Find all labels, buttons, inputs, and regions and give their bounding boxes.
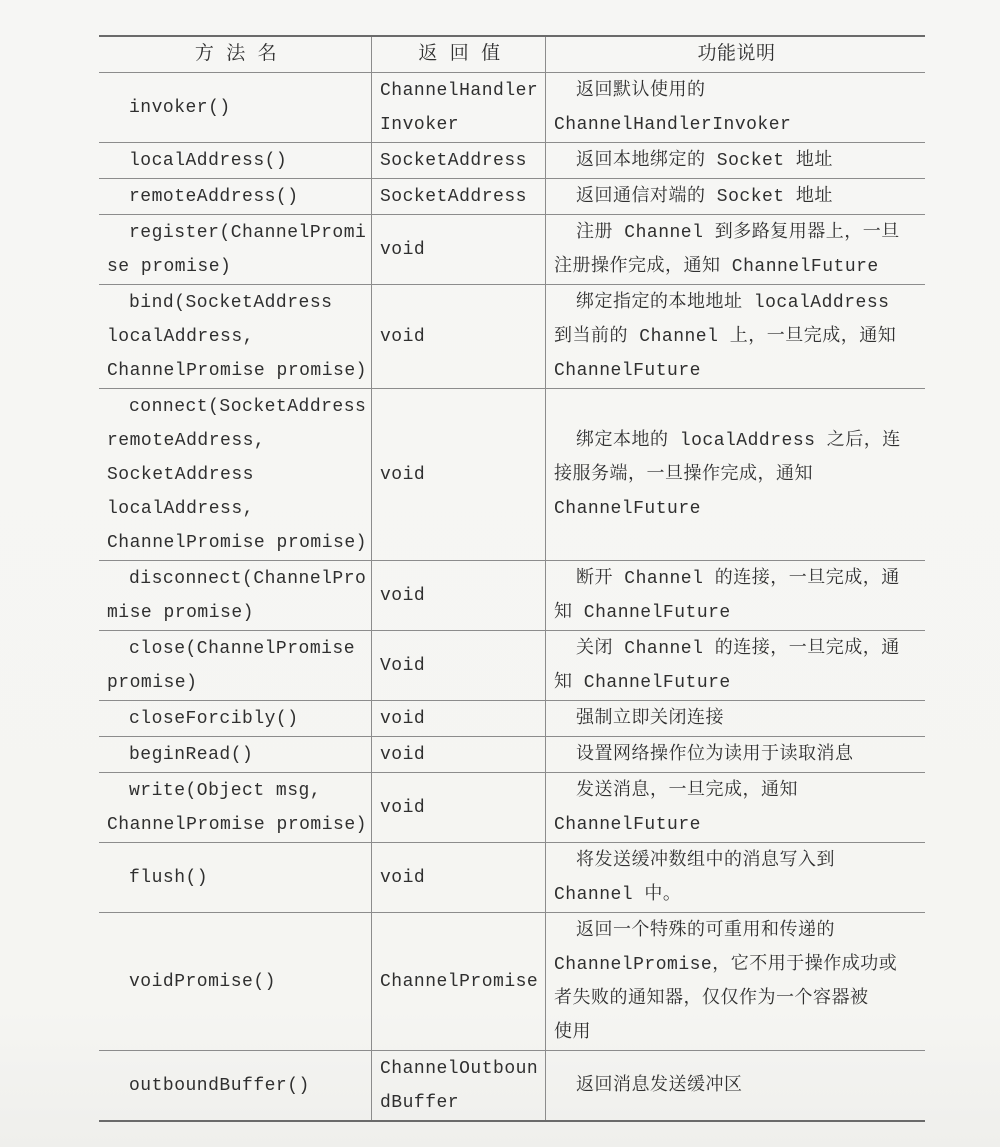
cell-line: 接服务端，一旦操作完成，通知 [554,458,919,492]
cell-line: ChannelPromise promise) [107,354,365,388]
table-row: flush()void将发送缓冲数组中的消息写入到Channel 中。 [99,843,925,913]
cell-line: ChannelOutboun [380,1052,539,1086]
cell-line: 关闭 Channel 的连接，一旦完成，通 [554,632,919,666]
description-cell: 断开 Channel 的连接，一旦完成，通知 ChannelFuture [546,561,925,630]
method-cell: flush() [99,843,372,912]
column-header-return: 返 回 值 [372,37,546,72]
cell-line: bind(SocketAddress [107,286,365,320]
return-cell: void [372,737,546,772]
cell-line: 者失败的通知器，仅仅作为一个容器被 [554,982,919,1016]
cell-line: localAddress, [107,492,365,526]
cell-line: dBuffer [380,1086,539,1120]
cell-line: 注册 Channel 到多路复用器上，一旦 [554,216,919,250]
table-row: bind(SocketAddresslocalAddress,ChannelPr… [99,285,925,389]
cell-line: Void [380,649,539,683]
table-row: beginRead()void设置网络操作位为读用于读取消息 [99,737,925,773]
cell-line: invoker() [107,91,365,125]
description-cell: 返回一个特殊的可重用和传递的ChannelPromise，它不用于操作成功或者失… [546,913,925,1050]
cell-line: mise promise) [107,596,365,630]
table-header-row: 方 法 名 返 回 值 功能说明 [99,37,925,73]
cell-line: 绑定本地的 localAddress 之后，连 [554,424,919,458]
description-cell: 注册 Channel 到多路复用器上，一旦注册操作完成，通知 ChannelFu… [546,215,925,284]
description-cell: 返回通信对端的 Socket 地址 [546,179,925,214]
table-row: remoteAddress()SocketAddress返回通信对端的 Sock… [99,179,925,215]
cell-line: void [380,233,539,267]
cell-line: SocketAddress [380,144,539,178]
cell-line: 知 ChannelFuture [554,666,919,700]
table-row: closeForcibly()void强制立即关闭连接 [99,701,925,737]
cell-line: 断开 Channel 的连接，一旦完成，通 [554,562,919,596]
description-cell: 返回本地绑定的 Socket 地址 [546,143,925,178]
cell-line: ChannelHandlerInvoker [554,108,919,142]
method-cell: closeForcibly() [99,701,372,736]
cell-line: ChannelPromise，它不用于操作成功或 [554,948,919,982]
cell-line: ChannelFuture [554,354,919,388]
method-cell: remoteAddress() [99,179,372,214]
cell-line: ChannelPromise promise) [107,526,365,560]
return-cell: ChannelHandlerInvoker [372,73,546,142]
cell-line: localAddress() [107,144,365,178]
table-row: outboundBuffer()ChannelOutboundBuffer返回消… [99,1051,925,1120]
cell-line: closeForcibly() [107,702,365,736]
table-row: disconnect(ChannelPromise promise)void断开… [99,561,925,631]
column-header-label: 功能说明 [697,37,775,72]
cell-line: void [380,702,539,736]
cell-line: connect(SocketAddress [107,390,365,424]
return-cell: void [372,389,546,560]
cell-line: 将发送缓冲数组中的消息写入到 [554,844,919,878]
return-cell: void [372,561,546,630]
cell-line: SocketAddress [380,180,539,214]
column-header-label: 方 法 名 [195,37,277,72]
description-cell: 将发送缓冲数组中的消息写入到Channel 中。 [546,843,925,912]
cell-line: 发送消息，一旦完成，通知 [554,774,919,808]
return-cell: ChannelOutboundBuffer [372,1051,546,1120]
return-cell: SocketAddress [372,143,546,178]
return-cell: void [372,843,546,912]
table-row: invoker()ChannelHandlerInvoker返回默认使用的Cha… [99,73,925,143]
cell-line: 绑定指定的本地地址 localAddress [554,286,919,320]
cell-line: void [380,738,539,772]
cell-line: remoteAddress() [107,180,365,214]
cell-line: promise) [107,666,365,700]
description-cell: 绑定本地的 localAddress 之后，连接服务端，一旦操作完成，通知Cha… [546,389,925,560]
method-cell: connect(SocketAddressremoteAddress,Socke… [99,389,372,560]
description-cell: 绑定指定的本地地址 localAddress到当前的 Channel 上，一旦完… [546,285,925,388]
table-row: localAddress()SocketAddress返回本地绑定的 Socke… [99,143,925,179]
cell-line: flush() [107,861,365,895]
method-cell: invoker() [99,73,372,142]
return-cell: void [372,701,546,736]
cell-line: 注册操作完成，通知 ChannelFuture [554,250,919,284]
method-cell: outboundBuffer() [99,1051,372,1120]
cell-line: 返回默认使用的 [554,74,919,108]
cell-line: ChannelHandler [380,74,539,108]
description-cell: 返回消息发送缓冲区 [546,1051,925,1120]
cell-line: 使用 [554,1016,919,1050]
cell-line: outboundBuffer() [107,1069,365,1103]
cell-line: 设置网络操作位为读用于读取消息 [554,738,919,772]
cell-line: localAddress, [107,320,365,354]
cell-line: write(Object msg, [107,774,365,808]
cell-line: voidPromise() [107,965,365,999]
cell-line: void [380,579,539,613]
table-row: close(ChannelPromisepromise)Void关闭 Chann… [99,631,925,701]
cell-line: ChannelFuture [554,492,919,526]
cell-line: 返回本地绑定的 Socket 地址 [554,144,919,178]
column-header-method: 方 法 名 [99,37,372,72]
method-cell: bind(SocketAddresslocalAddress,ChannelPr… [99,285,372,388]
description-cell: 强制立即关闭连接 [546,701,925,736]
description-cell: 设置网络操作位为读用于读取消息 [546,737,925,772]
cell-line: 返回通信对端的 Socket 地址 [554,180,919,214]
method-cell: localAddress() [99,143,372,178]
return-cell: void [372,215,546,284]
cell-line: ChannelPromise [380,965,539,999]
cell-line: Channel 中。 [554,878,919,912]
cell-line: SocketAddress [107,458,365,492]
description-cell: 返回默认使用的ChannelHandlerInvoker [546,73,925,142]
cell-line: se promise) [107,250,365,284]
cell-line: Invoker [380,108,539,142]
return-cell: void [372,285,546,388]
method-cell: close(ChannelPromisepromise) [99,631,372,700]
methods-table: 方 法 名 返 回 值 功能说明 invoker()ChannelHandler… [99,35,925,1122]
description-cell: 发送消息，一旦完成，通知ChannelFuture [546,773,925,842]
cell-line: ChannelFuture [554,808,919,842]
cell-line: beginRead() [107,738,365,772]
description-cell: 关闭 Channel 的连接，一旦完成，通知 ChannelFuture [546,631,925,700]
cell-line: void [380,458,539,492]
method-cell: write(Object msg,ChannelPromise promise) [99,773,372,842]
cell-line: ChannelPromise promise) [107,808,365,842]
cell-line: 返回消息发送缓冲区 [554,1069,919,1103]
method-cell: voidPromise() [99,913,372,1050]
method-cell: beginRead() [99,737,372,772]
column-header-description: 功能说明 [546,37,925,72]
cell-line: 知 ChannelFuture [554,596,919,630]
return-cell: Void [372,631,546,700]
cell-line: 到当前的 Channel 上，一旦完成，通知 [554,320,919,354]
cell-line: 强制立即关闭连接 [554,702,919,736]
return-cell: SocketAddress [372,179,546,214]
return-cell: void [372,773,546,842]
table-row: write(Object msg,ChannelPromise promise)… [99,773,925,843]
table-row: connect(SocketAddressremoteAddress,Socke… [99,389,925,561]
method-cell: register(ChannelPromise promise) [99,215,372,284]
cell-line: void [380,861,539,895]
cell-line: 返回一个特殊的可重用和传递的 [554,914,919,948]
table-row: register(ChannelPromise promise)void注册 C… [99,215,925,285]
method-cell: disconnect(ChannelPromise promise) [99,561,372,630]
cell-line: register(ChannelPromi [107,216,365,250]
table-row: voidPromise()ChannelPromise返回一个特殊的可重用和传递… [99,913,925,1051]
cell-line: remoteAddress, [107,424,365,458]
return-cell: ChannelPromise [372,913,546,1050]
cell-line: close(ChannelPromise [107,632,365,666]
column-header-label: 返 回 值 [418,37,500,72]
cell-line: void [380,320,539,354]
table-body: invoker()ChannelHandlerInvoker返回默认使用的Cha… [99,73,925,1120]
cell-line: void [380,791,539,825]
cell-line: disconnect(ChannelPro [107,562,365,596]
